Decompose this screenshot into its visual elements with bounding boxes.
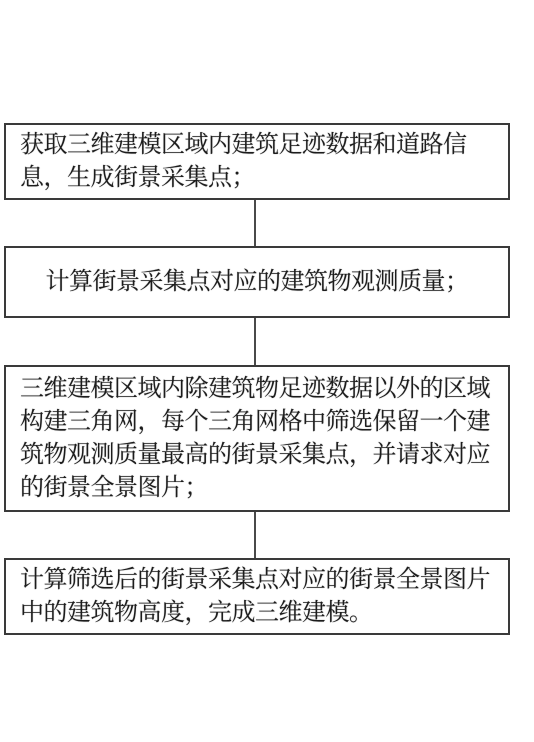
- connector-step3-step4: [254, 512, 256, 558]
- flow-step-4-text-line-1: 计算筛选后的街景采集点对应的街景全景图片: [20, 564, 494, 597]
- flow-step-3-text-line-4: 的街景全景图片；: [20, 472, 494, 505]
- flow-step-2-box: 计算街景采集点对应的建筑物观测质量；: [4, 246, 510, 318]
- flow-step-3-box: 三维建模区域内除建筑物足迹数据以外的区域 构建三角网，每个三角网格中筛选保留一个…: [4, 365, 510, 512]
- flow-step-3-text-line-3: 筑物观测质量最高的街景采集点，并请求对应: [20, 439, 494, 472]
- flow-step-4-box: 计算筛选后的街景采集点对应的街景全景图片 中的建筑物高度，完成三维建模。: [4, 558, 510, 635]
- flow-step-3-text-line-1: 三维建模区域内除建筑物足迹数据以外的区域: [20, 373, 494, 406]
- flow-step-1-text-line-1: 获取三维建模区域内建筑足迹数据和道路信: [20, 129, 494, 162]
- flow-step-3-text-line-2: 构建三角网，每个三角网格中筛选保留一个建: [20, 406, 494, 439]
- flow-step-1-box: 获取三维建模区域内建筑足迹数据和道路信 息，生成街景采集点；: [4, 123, 510, 200]
- flow-step-4-text-line-2: 中的建筑物高度，完成三维建模。: [20, 597, 494, 630]
- connector-step2-step3: [254, 318, 256, 365]
- flow-step-1-text-line-2: 息，生成街景采集点；: [20, 162, 494, 195]
- connector-step1-step2: [254, 200, 256, 246]
- flow-step-2-text-line-1: 计算街景采集点对应的建筑物观测质量；: [46, 266, 469, 299]
- flowchart-canvas: 获取三维建模区域内建筑足迹数据和道路信 息，生成街景采集点； 计算街景采集点对应…: [0, 0, 534, 742]
